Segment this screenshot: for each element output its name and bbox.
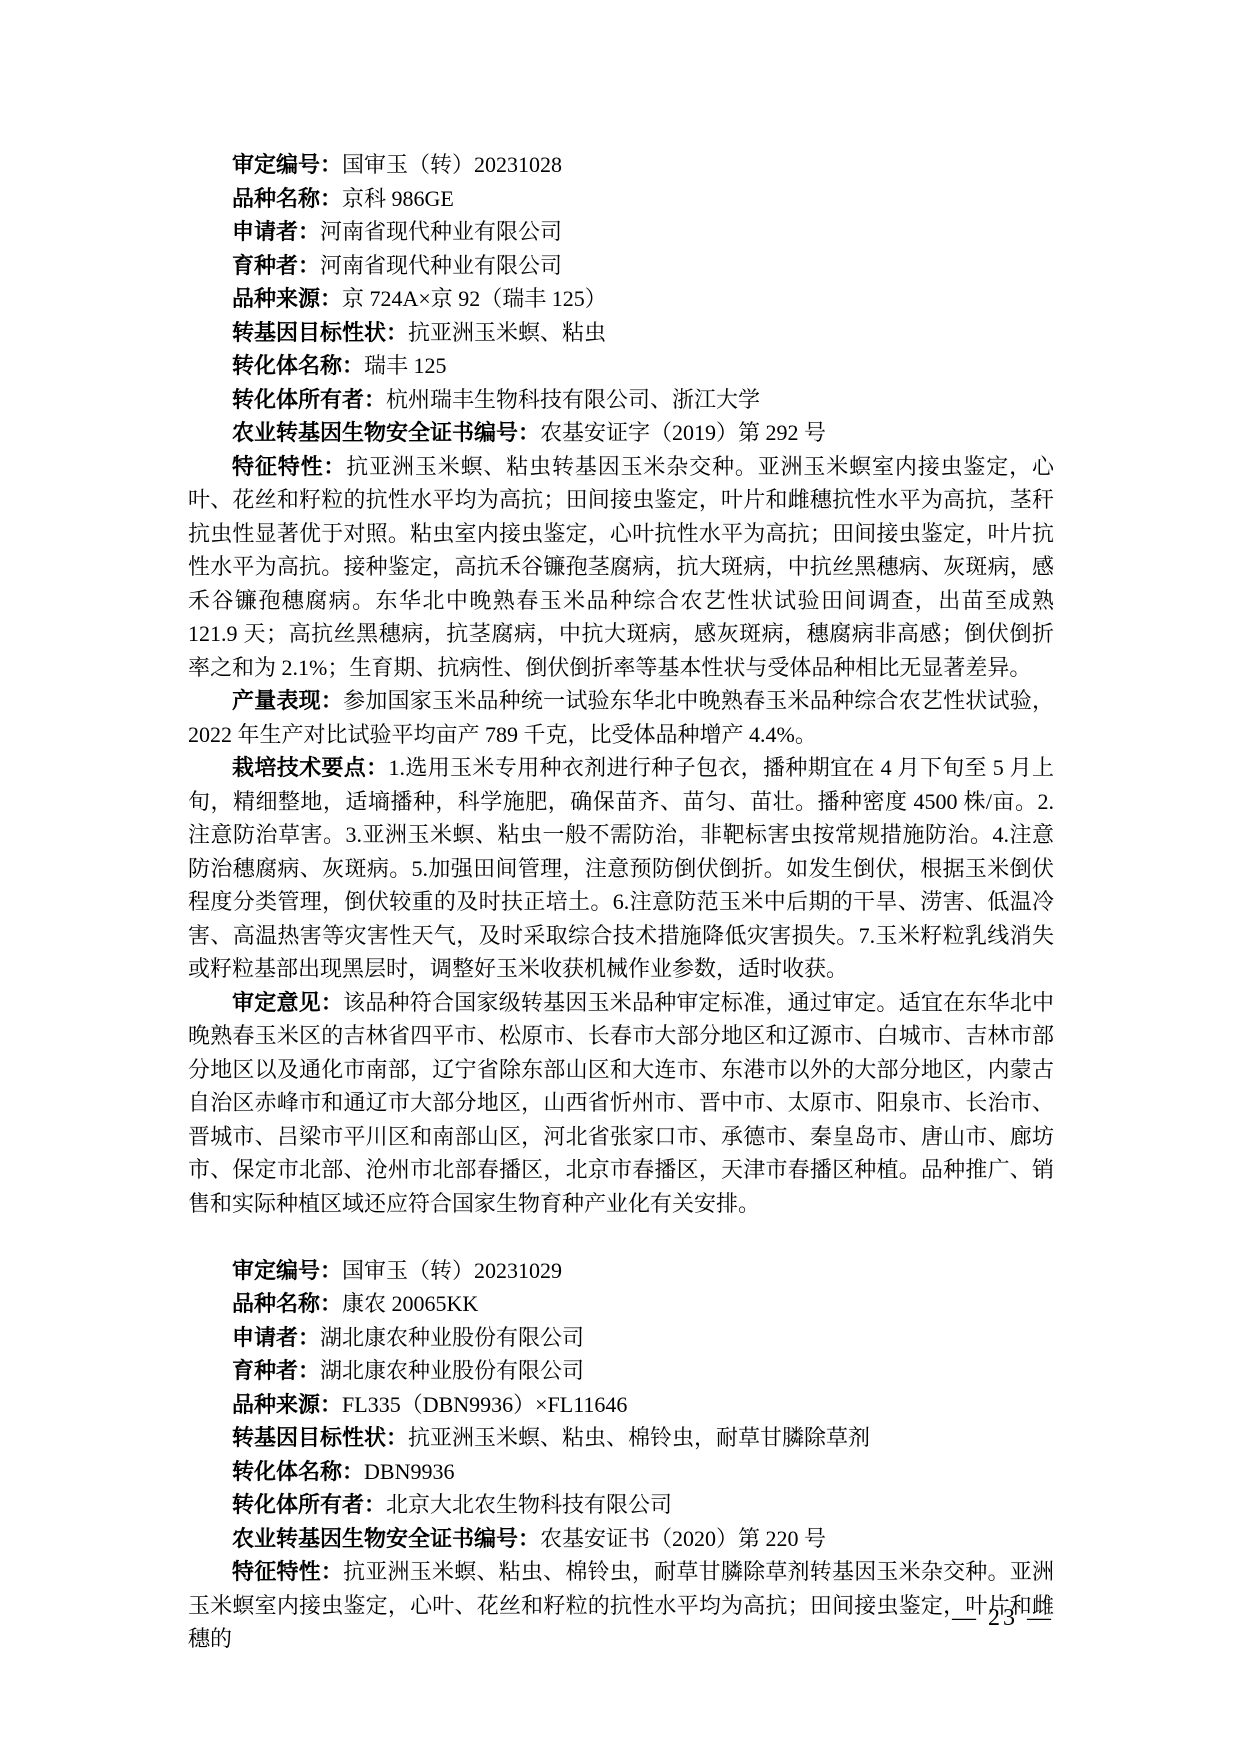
field-label: 审定编号： xyxy=(232,152,342,177)
field-label: 农业转基因生物安全证书编号： xyxy=(232,420,540,445)
field-value: 农基安证书（2020）第 220 号 xyxy=(540,1526,826,1551)
field-label: 审定编号： xyxy=(232,1258,342,1283)
field-label: 转化体名称： xyxy=(232,1459,364,1484)
field-label: 农业转基因生物安全证书编号： xyxy=(232,1526,540,1551)
field-line: 转基因目标性状：抗亚洲玉米螟、粘虫、棉铃虫，耐草甘膦除草剂 xyxy=(188,1421,1054,1455)
field-line: 转化体名称：瑞丰 125 xyxy=(188,349,1054,383)
page-content: 审定编号：国审玉（转）20231028 品种名称：京科 986GE 申请者：河南… xyxy=(188,148,1054,1656)
paragraph-label: 审定意见： xyxy=(232,990,343,1015)
paragraph-approval-opinion: 审定意见：该品种符合国家级转基因玉米品种审定标准，通过审定。适宜在东华北中晚熟春… xyxy=(188,986,1054,1221)
field-value: FL335（DBN9936）×FL11646 xyxy=(342,1392,627,1417)
paragraph-text: 抗亚洲玉米螟、粘虫转基因玉米杂交种。亚洲玉米螟室内接虫鉴定，心叶、花丝和籽粒的抗… xyxy=(188,454,1054,680)
field-label: 品种来源： xyxy=(232,1392,342,1417)
paragraph-text: 1.选用玉米专用种衣剂进行种子包衣，播种期宜在 4 月下旬至 5 月上旬，精细整… xyxy=(188,755,1054,981)
paragraph-label: 产量表现： xyxy=(232,688,343,713)
field-label: 转化体所有者： xyxy=(232,1492,386,1517)
field-label: 育种者： xyxy=(232,1358,320,1383)
variety-entry-1: 审定编号：国审玉（转）20231028 品种名称：京科 986GE 申请者：河南… xyxy=(188,148,1054,1220)
field-line: 农业转基因生物安全证书编号：农基安证书（2020）第 220 号 xyxy=(188,1522,1054,1556)
field-value: 北京大北农生物科技有限公司 xyxy=(386,1492,672,1517)
field-line: 审定编号：国审玉（转）20231029 xyxy=(188,1254,1054,1288)
paragraph-text: 该品种符合国家级转基因玉米品种审定标准，通过审定。适宜在东华北中晚熟春玉米区的吉… xyxy=(188,990,1054,1216)
field-line: 育种者：湖北康农种业股份有限公司 xyxy=(188,1354,1054,1388)
field-value: 瑞丰 125 xyxy=(364,353,447,378)
field-value: DBN9936 xyxy=(364,1459,454,1484)
field-line: 品种来源：京 724A×京 92（瑞丰 125） xyxy=(188,282,1054,316)
paragraph-label: 栽培技术要点： xyxy=(232,755,388,780)
field-line: 农业转基因生物安全证书编号：农基安证字（2019）第 292 号 xyxy=(188,416,1054,450)
field-line: 转化体所有者：杭州瑞丰生物科技有限公司、浙江大学 xyxy=(188,383,1054,417)
field-line: 转化体所有者：北京大北农生物科技有限公司 xyxy=(188,1488,1054,1522)
field-value: 湖北康农种业股份有限公司 xyxy=(320,1325,584,1350)
field-value: 湖北康农种业股份有限公司 xyxy=(320,1358,584,1383)
paragraph-characteristics: 特征特性：抗亚洲玉米螟、粘虫、棉铃虫，耐草甘膦除草剂转基因玉米杂交种。亚洲玉米螟… xyxy=(188,1555,1054,1656)
field-line: 转基因目标性状：抗亚洲玉米螟、粘虫 xyxy=(188,316,1054,350)
field-line: 申请者：湖北康农种业股份有限公司 xyxy=(188,1321,1054,1355)
field-line: 申请者：河南省现代种业有限公司 xyxy=(188,215,1054,249)
field-value: 国审玉（转）20231028 xyxy=(342,152,562,177)
field-label: 转化体所有者： xyxy=(232,387,386,412)
document-page: 审定编号：国审玉（转）20231028 品种名称：京科 986GE 申请者：河南… xyxy=(0,0,1240,1754)
field-value: 杭州瑞丰生物科技有限公司、浙江大学 xyxy=(386,387,760,412)
paragraph-label: 特征特性： xyxy=(232,454,346,479)
field-label: 转化体名称： xyxy=(232,353,364,378)
field-label: 申请者： xyxy=(232,1325,320,1350)
paragraph-cultivation: 栽培技术要点：1.选用玉米专用种衣剂进行种子包衣，播种期宜在 4 月下旬至 5 … xyxy=(188,751,1054,986)
field-value: 京 724A×京 92（瑞丰 125） xyxy=(342,286,607,311)
field-value: 河南省现代种业有限公司 xyxy=(320,219,562,244)
field-line: 品种来源：FL335（DBN9936）×FL11646 xyxy=(188,1388,1054,1422)
field-label: 转基因目标性状： xyxy=(232,1425,408,1450)
field-label: 转基因目标性状： xyxy=(232,320,408,345)
paragraph-label: 特征特性： xyxy=(232,1559,343,1584)
field-value: 抗亚洲玉米螟、粘虫 xyxy=(408,320,606,345)
field-line: 审定编号：国审玉（转）20231028 xyxy=(188,148,1054,182)
field-line: 育种者：河南省现代种业有限公司 xyxy=(188,249,1054,283)
field-value: 康农 20065KK xyxy=(342,1291,478,1316)
field-value: 河南省现代种业有限公司 xyxy=(320,253,562,278)
page-number: — 23 — xyxy=(952,1605,1054,1632)
paragraph-characteristics: 特征特性：抗亚洲玉米螟、粘虫转基因玉米杂交种。亚洲玉米螟室内接虫鉴定，心叶、花丝… xyxy=(188,450,1054,685)
field-label: 品种名称： xyxy=(232,186,342,211)
field-value: 抗亚洲玉米螟、粘虫、棉铃虫，耐草甘膦除草剂 xyxy=(408,1425,870,1450)
field-value: 国审玉（转）20231029 xyxy=(342,1258,562,1283)
field-label: 品种名称： xyxy=(232,1291,342,1316)
field-line: 品种名称：康农 20065KK xyxy=(188,1287,1054,1321)
field-value: 农基安证字（2019）第 292 号 xyxy=(540,420,826,445)
field-label: 育种者： xyxy=(232,253,320,278)
paragraph-yield: 产量表现：参加国家玉米品种统一试验东华北中晚熟春玉米品种综合农艺性状试验，202… xyxy=(188,684,1054,751)
variety-entry-2: 审定编号：国审玉（转）20231029 品种名称：康农 20065KK 申请者：… xyxy=(188,1254,1054,1656)
field-label: 申请者： xyxy=(232,219,320,244)
field-value: 京科 986GE xyxy=(342,186,454,211)
field-line: 品种名称：京科 986GE xyxy=(188,182,1054,216)
field-label: 品种来源： xyxy=(232,286,342,311)
field-line: 转化体名称：DBN9936 xyxy=(188,1455,1054,1489)
